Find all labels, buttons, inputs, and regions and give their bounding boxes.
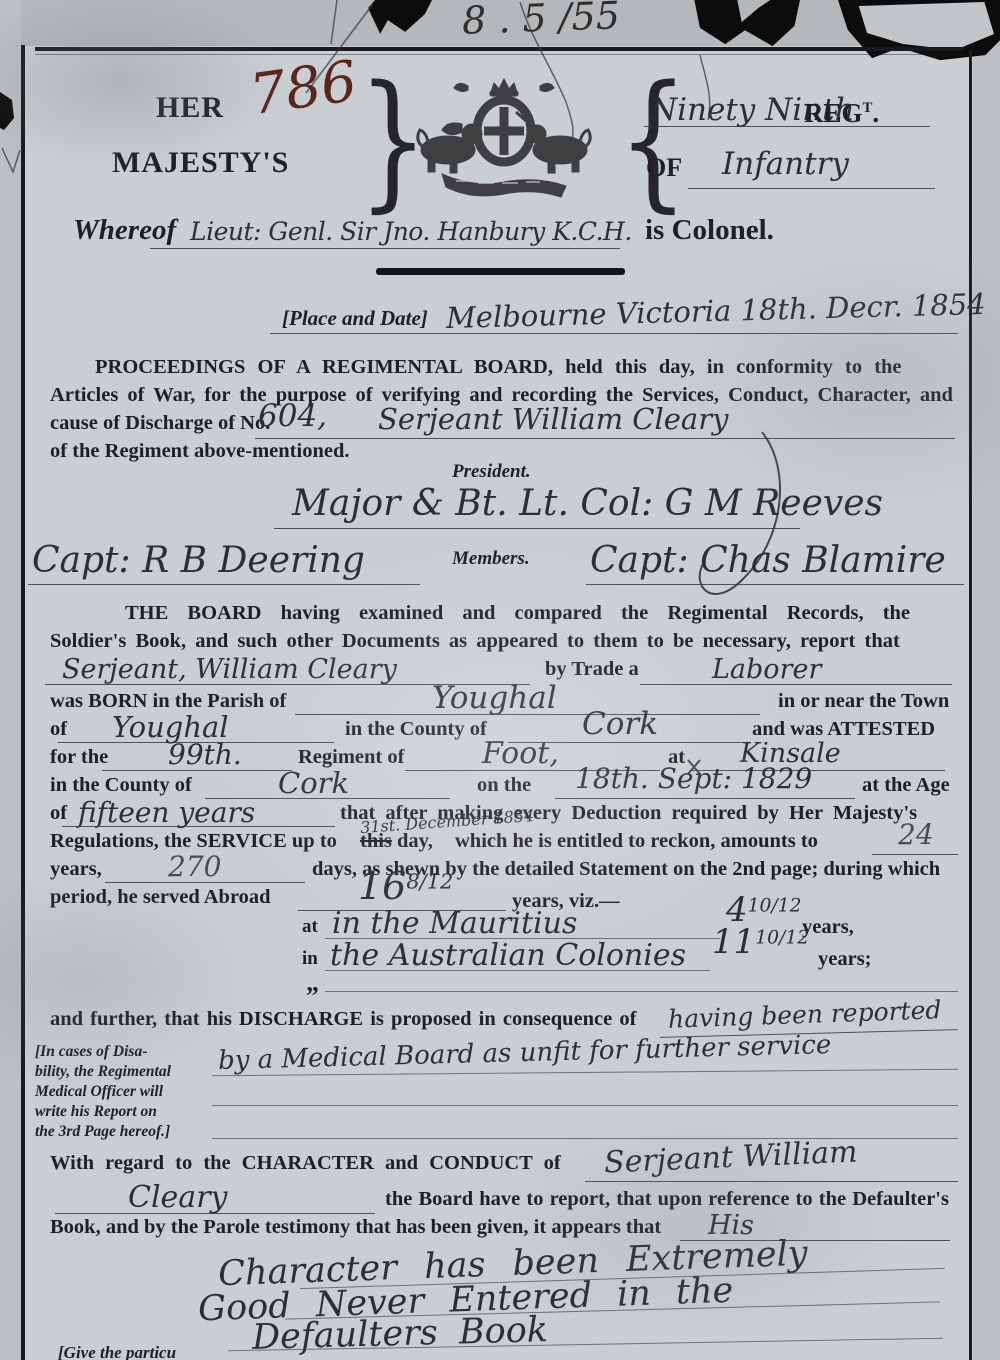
entitled-text: which he is entitled to reckon, amounts …: [455, 830, 818, 853]
abroad-at-label: at: [302, 916, 318, 938]
margin-note-line: [In cases of Disa-: [35, 1042, 217, 1062]
abroad-years-value: 168/12: [358, 864, 453, 908]
place-date-rule: [270, 333, 958, 334]
abroad-prefix: period, he served Abroad: [50, 886, 271, 909]
for-the-label: for the: [50, 746, 108, 769]
age-rule: [62, 826, 335, 827]
margin-note-line: bility, the Regimental: [35, 1062, 217, 1082]
member-right-rule: [586, 584, 964, 585]
president-rule: [274, 528, 800, 529]
soldier-name-rule: [255, 438, 955, 439]
regiment-abbrev: REGT.: [804, 98, 879, 129]
discharge-prefix: and further, that his DISCHARGE is propo…: [50, 1008, 636, 1031]
corps-value: Foot,: [482, 736, 559, 771]
character-hand3: Defaulters Book: [252, 1310, 549, 1358]
county-label: in the County of: [345, 718, 487, 741]
proceedings-line4: of the Regiment above-mentioned.: [50, 440, 349, 463]
character-name2-rule: [55, 1213, 375, 1214]
parish-value: Youghal: [432, 680, 557, 716]
day-word: day,: [397, 830, 433, 852]
soldier-name: Serjeant William Cleary: [378, 402, 728, 436]
report-line1: THE BOARD having examined and compared t…: [125, 602, 910, 625]
character-line2: the Board have to report, that upon refe…: [385, 1188, 949, 1211]
regiment-type-rule: [688, 188, 935, 189]
member-left-name: Capt: R B Deering: [32, 540, 365, 581]
on-the-label: on the: [477, 774, 531, 797]
of1-label: of: [50, 718, 67, 741]
royal-coat-of-arms-icon: [398, 76, 610, 198]
abroad-loc1: in the Mauritius: [332, 906, 577, 941]
abroad-years2-label: years;: [818, 948, 872, 971]
curly-brace-right-icon: {: [618, 66, 689, 214]
attest-date-rule: [555, 798, 855, 799]
members-label: Members.: [452, 548, 530, 570]
abroad-frac: 8/12: [406, 870, 453, 894]
years2-frac: 10/12: [755, 928, 809, 949]
president-name: Major & Bt. Lt. Col: G M Reeves: [292, 483, 883, 524]
regiment-type: Infantry: [722, 146, 849, 182]
age-label: at the Age: [862, 774, 950, 797]
abroad-years1-label: years,: [802, 916, 854, 939]
whereof-label: Whereof: [73, 214, 176, 247]
header-her: HER: [156, 91, 224, 125]
days-total-value: 270: [168, 850, 221, 883]
place-date-label: [Place and Date]: [282, 306, 428, 331]
this-day-text: this day,: [360, 830, 433, 853]
margin-note-line: the 3rd Page hereof.]: [35, 1122, 217, 1142]
abroad-loc2-rule: [325, 970, 710, 971]
abroad-whole: 16: [358, 864, 406, 908]
years-total-value: 24: [898, 818, 934, 851]
character-line3: Book, and by the Parole testimony that h…: [50, 1216, 661, 1239]
of2-label: of: [50, 802, 67, 825]
regt-text: REG: [804, 98, 863, 128]
years-total-rule: [872, 854, 958, 855]
trade-rule: [640, 684, 952, 685]
born-suffix: in or near the Town: [778, 690, 949, 713]
separator-bar: [376, 268, 625, 275]
soldier-number: 604,: [258, 398, 327, 434]
attest-date-value: 18th. Sept: 1829: [575, 762, 812, 795]
county-value: Cork: [582, 706, 658, 742]
colonel-name-rule: [150, 248, 620, 249]
years-label: years,: [50, 858, 102, 881]
regt-dot: .: [872, 98, 879, 128]
trade-value: Laborer: [712, 654, 821, 685]
abroad-blank-rule: [325, 991, 958, 992]
abroad-years2: 1110/12: [712, 922, 809, 962]
character-name2: Cleary: [128, 1180, 227, 1215]
footer-cut-text: [Give the particu: [58, 1343, 176, 1360]
days-total-rule: [105, 882, 305, 883]
county2-label: in the County of: [50, 774, 192, 797]
margin-note-line: write his Report on: [35, 1102, 217, 1122]
this-struck: this: [360, 830, 392, 852]
proceedings-line3: cause of Discharge of No.: [50, 412, 270, 435]
abroad-loc2: the Australian Colonies: [330, 938, 686, 973]
president-label: President.: [452, 461, 531, 483]
regt-sup: T: [863, 100, 873, 116]
regiment-no-rule: [102, 770, 292, 771]
abroad-in-label: in: [302, 948, 318, 970]
by-trade-label: by Trade a: [545, 658, 639, 681]
county2-value: Cork: [278, 766, 349, 800]
docket-number: 8 . 5 /55: [461, 0, 620, 43]
medical-rule-2: [212, 1105, 958, 1106]
ditto-mark: „: [306, 968, 319, 998]
report-line2: Soldier's Book, and such other Documents…: [50, 630, 900, 653]
margin-note-line: Medical Officer will: [35, 1082, 217, 1102]
parish-rule: [295, 714, 760, 715]
years2-whole: 11: [712, 922, 755, 962]
scanned-document: 8 . 5 /55 HER MAJESTY'S 786 } {: [0, 0, 1000, 1360]
header-majestys: MAJESTY'S: [112, 146, 289, 180]
is-colonel-label: is Colonel.: [645, 214, 774, 247]
colonel-name: Lieut: Genl. Sir Jno. Hanbury K.C.H.: [190, 217, 632, 246]
regiment-no-value: 99th.: [168, 738, 242, 771]
proceedings-line1: PROCEEDINGS OF A REGIMENTAL BOARD, held …: [95, 356, 902, 379]
header-of: OF: [646, 153, 682, 183]
character-prefix: With regard to the CHARACTER and CONDUCT…: [50, 1152, 561, 1175]
regiment-name-rule: [644, 126, 930, 127]
member-left-rule: [28, 584, 420, 585]
years1-frac: 10/12: [748, 896, 802, 917]
character-name1-rule: [585, 1181, 958, 1182]
member-right-name: Capt: Chas Blamire: [590, 540, 946, 581]
age-value: fifteen years: [78, 796, 255, 829]
margin-note: [In cases of Disa- bility, the Regimenta…: [35, 1042, 217, 1142]
report-soldier-name: Serjeant, William Cleary: [62, 654, 397, 685]
